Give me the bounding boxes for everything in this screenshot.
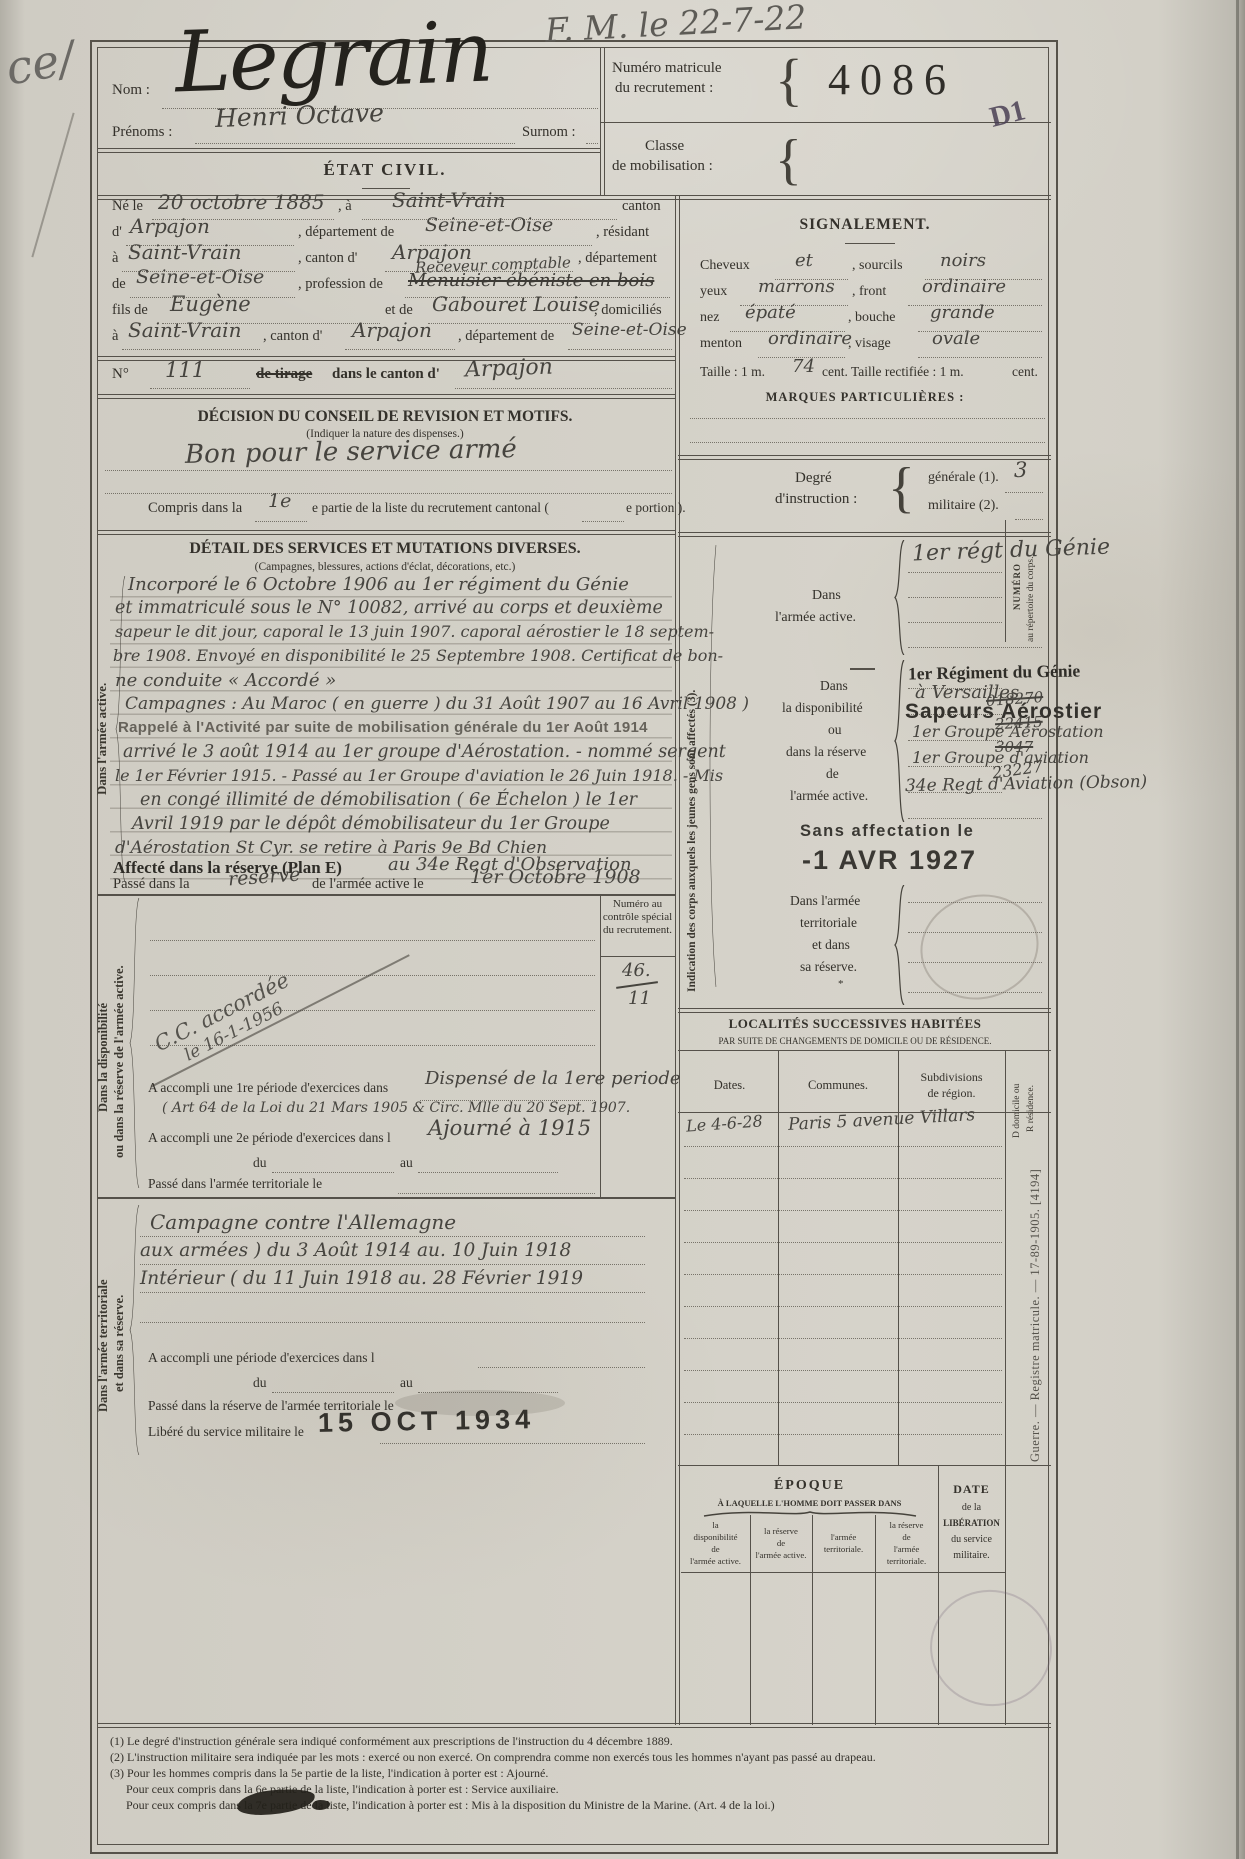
lieu-naissance: Saint-Vrain (392, 188, 505, 212)
dotted-line (908, 647, 1042, 648)
periode2-value: Ajourné à 1915 (428, 1116, 591, 1140)
dotted-line (150, 940, 595, 941)
date-col-header: LIBÉRATION (938, 1518, 1005, 1528)
service-line: en congé illimité de démobilisation ( 6e… (140, 790, 637, 810)
canton2-label: , canton d' (298, 250, 357, 267)
epoque-col4: la réserve (875, 1520, 938, 1530)
epoque-col2: la réserve (750, 1526, 812, 1536)
canton-tirage-value: Arpajon (465, 354, 554, 382)
nez-label: nez (700, 310, 719, 326)
bouche-label: , bouche (848, 310, 895, 326)
dotted-line (255, 521, 307, 522)
footer-note: (2) L'instruction militaire sera indiqué… (110, 1750, 876, 1765)
dotted-line (380, 1443, 645, 1444)
controle-header: Numéro au contrôle spécial du recrutemen… (602, 898, 673, 937)
epoque-col3: territoriale. (812, 1544, 875, 1554)
terr-label-line: * (838, 978, 844, 990)
nom-signature: Legrain (173, 3, 493, 112)
localites-title: LOCALITÉS SUCCESSIVES HABITÉES (690, 1016, 1020, 1032)
canton3-label: , canton d' (263, 328, 322, 345)
de3-label: de (112, 276, 126, 293)
dotted-line (140, 1264, 645, 1265)
taille-label: Taille : 1 m. (700, 364, 765, 380)
armee-active-label1: Dans (812, 588, 841, 604)
dotted-line (122, 349, 260, 350)
profession-label: , profession de (298, 276, 383, 293)
domicile-residence-label2: R résidence. (1026, 1085, 1036, 1132)
epoque-col4: l'armée (875, 1544, 938, 1554)
dotted-line (140, 1236, 645, 1237)
column-divider (675, 195, 680, 1725)
footer-note: Pour ceux compris dans la 7e partie de l… (126, 1798, 775, 1813)
dotted-line (345, 349, 455, 350)
service-line: sapeur le dit jour, caporal le 13 juin 1… (115, 622, 714, 641)
dotted-line (195, 143, 515, 144)
armee-active-label2: l'armée active. (775, 610, 856, 626)
footer-note: (3) Pour les hommes compris dans la 5e p… (110, 1766, 548, 1781)
dotted-line (684, 1146, 1002, 1147)
dotted-line (918, 357, 1042, 358)
dispo-label-line: Dans (820, 678, 848, 694)
service-line: Campagnes : Au Maroc ( en guerre ) du 31… (125, 694, 749, 714)
decision-title: DÉCISION DU CONSEIL DE REVISION ET MOTIF… (150, 408, 620, 426)
dotted-line (690, 418, 1045, 419)
service-line: arrivé le 3 août 1914 au 1er groupe d'Aé… (123, 742, 726, 762)
canton-tirage-label: dans le canton d' (332, 366, 440, 383)
epoque-col4: territoriale. (875, 1556, 938, 1566)
services-subtitle: (Campagnes, blessures, actions d'éclat, … (150, 561, 620, 573)
dispo-label-line: de (826, 766, 839, 782)
departement-label: , département de (298, 224, 394, 241)
regiment-observation-hw: 34e Regt d'Aviation (Obson) (905, 772, 1148, 796)
departement-naissance: Seine-et-Oise (425, 214, 553, 236)
controle-value1: 46. (622, 960, 651, 981)
dotted-line (684, 1434, 1002, 1435)
dotted-line (908, 622, 1002, 623)
yeux-value: marrons (758, 276, 835, 297)
degre-generale-value: 3 (1014, 458, 1027, 482)
residant-label: , résidant (596, 224, 649, 241)
col-subdiv-header2: de région. (898, 1086, 1005, 1101)
ne-le-label: Né le (112, 198, 143, 215)
dotted-line (586, 143, 598, 144)
dept2-label: , département (578, 250, 657, 267)
scan-edge (1236, 0, 1239, 1859)
margin-label-dispo-1: Dans la disponibilité (96, 1003, 111, 1112)
au-label: au (400, 1375, 413, 1391)
classe-label: Classe (645, 138, 684, 155)
dotted-line (105, 493, 672, 494)
dispo-label-line: ou (828, 722, 842, 738)
canton-naissance: Arpajon (130, 214, 210, 238)
dotted-line (272, 1172, 394, 1173)
periode1-label: A accompli une 1re période d'exercices d… (148, 1080, 388, 1096)
dotted-line (1015, 519, 1043, 520)
de-tirage-struck: de tirage (256, 366, 312, 383)
dispo-label-line: dans la réserve (786, 744, 866, 760)
degre-generale-label: générale (1). (928, 470, 999, 486)
front-label: , front (852, 284, 886, 300)
dotted-line (455, 388, 672, 389)
dotted-line (272, 1392, 394, 1393)
brace-glyph: { (775, 128, 802, 192)
table-rule (678, 1050, 1051, 1051)
menton-value: ordinaire (768, 328, 852, 349)
footer-note: Pour ceux compris dans la 6e partie de l… (126, 1782, 559, 1797)
dotted-line (684, 1306, 1002, 1307)
sourcils-label: , sourcils (852, 258, 903, 274)
section-rule (98, 894, 675, 896)
campagne-interieur: Intérieur ( du 11 Juin 1918 au. 28 Févri… (140, 1268, 583, 1289)
marques-label: MARQUES PARTICULIÈRES : (700, 390, 1030, 405)
epoque-col1: de (681, 1544, 750, 1554)
numero-tirage-value: 111 (165, 358, 205, 382)
brace-glyph: { (775, 46, 803, 113)
dash-mark (850, 668, 875, 670)
controle-rule (600, 956, 675, 957)
dotted-line (684, 1402, 1002, 1403)
sans-affectation-date-stamp: -1 AVR 1927 (802, 845, 977, 876)
periode1-value: Dispensé de la 1ere periode (425, 1068, 681, 1089)
brace-icon (893, 885, 907, 1005)
footer-rule (98, 1723, 1051, 1728)
degre-militaire-label: militaire (2). (928, 498, 999, 514)
residence-value: Saint-Vrain (128, 240, 241, 264)
dotted-line (568, 349, 672, 350)
service-line: Avril 1919 par le dépôt démobilisateur d… (132, 814, 610, 834)
front-value: ordinaire (922, 276, 1006, 297)
etat-civil-title: ÉTAT CIVIL. (200, 160, 570, 180)
controle-divider (600, 894, 601, 1197)
epoque-col2: de (750, 1538, 812, 1548)
libere-label: Libéré du service militaire le (148, 1424, 304, 1440)
epoque-col3: l'armée (812, 1532, 875, 1542)
campagne-aux-armees: aux armées ) du 3 Août 1914 au. 10 Juin … (140, 1240, 571, 1261)
brace-glyph: { (888, 456, 915, 520)
dotted-line (908, 818, 1042, 819)
epoque-col1: disponibilité (681, 1532, 750, 1542)
dotted-line (418, 1172, 558, 1173)
date-col-header: militaire. (938, 1550, 1005, 1561)
passe-reserve-label2: de l'armée active le (312, 876, 424, 893)
terr-label-line: Dans l'armée (790, 893, 860, 909)
epoque-subtitle: À LAQUELLE L'HOMME DOIT PASSER DANS (681, 1498, 938, 1508)
a3-label: à (112, 328, 118, 345)
degre-label2: d'instruction : (775, 491, 857, 508)
margin-label-dispo-2: ou dans la réserve de l'armée active. (112, 965, 127, 1158)
dotted-line (684, 1178, 1002, 1179)
terr-label-line: territoriale (800, 915, 857, 931)
domicile-residence-label1: D domicile ou (1012, 1084, 1022, 1138)
dotted-line (582, 521, 624, 522)
cheveux-label: Cheveux (700, 258, 750, 274)
title-rule (845, 243, 895, 244)
table-bottom-rule (678, 1465, 1051, 1466)
regiment-genie-stamp: 1er Régiment du Génie (908, 660, 1081, 684)
nez-value: épaté (745, 302, 796, 323)
sourcils-value: noirs (940, 250, 986, 271)
bracket-flourish-icon (700, 1508, 920, 1518)
epoque-col4: de (875, 1532, 938, 1542)
service-line: bre 1908. Envoyé en disponibilité le 25 … (113, 646, 723, 665)
printer-imprint: Guerre. — Registre matricule. — 17-89-19… (1028, 1169, 1043, 1462)
matricule-rule (600, 122, 1051, 123)
taille-rectifiee-label: cent. Taille rectifiée : 1 m. (822, 364, 964, 380)
brace-icon (893, 540, 907, 655)
cheveux-value: et (795, 250, 813, 271)
signalement-title: SIGNALEMENT. (700, 216, 1030, 234)
passe-reserve-date: 1er Octobre 1908 (470, 866, 641, 888)
prenoms-label: Prénoms : (112, 124, 172, 141)
periode-label: A accompli une période d'exercices dans … (148, 1350, 375, 1366)
matricule-label: Numéro matricule (612, 60, 722, 77)
mere-value: Gabouret Louise (432, 292, 600, 316)
fils-label: fils de (112, 302, 148, 319)
a-label: , à (338, 198, 352, 215)
header-rule (98, 148, 600, 153)
dotted-line (690, 442, 1045, 443)
taille-value: 74 (792, 356, 815, 377)
du-label: du (253, 1155, 267, 1171)
section-rule (678, 532, 1051, 537)
dotted-line (140, 1322, 645, 1323)
epoque-col2: l'armée active. (750, 1550, 812, 1560)
epoque-col1: l'armée active. (681, 1556, 750, 1566)
services-title: DÉTAIL DES SERVICES ET MUTATIONS DIVERSE… (150, 540, 620, 558)
et-de-label: et de (385, 302, 413, 319)
degre-label1: Degré (795, 470, 832, 487)
section-rule (678, 1008, 1051, 1013)
localites-subtitle: PAR SUITE DE CHANGEMENTS DE DOMICILE OU … (690, 1036, 1020, 1046)
numero-repertoire-label1: NUMÉRO (1012, 563, 1022, 610)
menton-label: menton (700, 336, 742, 352)
dotted-line (684, 1274, 1002, 1275)
classe-label2: de mobilisation : (612, 158, 713, 175)
dotted-line (908, 597, 1002, 598)
margin-corner-note: ce/ (2, 30, 79, 95)
domicile-parents: Saint-Vrain (128, 318, 241, 342)
numero-strip-divider (1005, 520, 1006, 642)
margin-label-terr-2: et dans sa réserve. (112, 1295, 127, 1392)
libere-date-stamp: 15 OCT 1934 (318, 1404, 536, 1439)
dotted-line (478, 1367, 645, 1368)
epoque-col1: la (681, 1520, 750, 1530)
numero-tirage-label: N° (112, 366, 129, 383)
visage-value: ovale (932, 328, 980, 349)
compris-value: 1e (268, 490, 291, 512)
d-label: d' (112, 224, 122, 241)
domicilies-label: , domiciliés (594, 302, 662, 319)
canton-parents: Arpajon (352, 318, 432, 342)
bouche-value: grande (930, 302, 995, 323)
compris-label3: e portion ). (626, 500, 686, 516)
dotted-line (428, 323, 590, 324)
pencil-stroke (31, 113, 74, 258)
section-rule (98, 1197, 675, 1199)
section-rule (678, 455, 1051, 460)
col-dates-header: Dates. (681, 1078, 778, 1093)
dotted-line (150, 975, 595, 976)
corps-vertical-label: Indication des corps auxquels les jeunes… (686, 690, 698, 992)
service-line: et immatriculé sous le N° 10082, arrivé … (115, 598, 663, 618)
section-rule (98, 530, 675, 535)
margin-label-armee-active: Dans l'armée active. (94, 683, 110, 795)
yeux-label: yeux (700, 284, 727, 300)
dotted-line (105, 470, 672, 471)
dotted-line (398, 1193, 595, 1194)
au-label: au (400, 1155, 413, 1171)
document-page: ce/ F. M. le 22-7-22 Nom : Legrain Préno… (0, 0, 1245, 1859)
campagne-allemagne: Campagne contre l'Allemagne (150, 1210, 456, 1234)
service-line: ne conduite « Accordé » (115, 670, 336, 691)
col-subdiv-header1: Subdivisions (898, 1070, 1005, 1085)
brace-icon (893, 660, 907, 822)
compris-label: Compris dans la (148, 500, 242, 517)
a2-label: à (112, 250, 118, 267)
arc-icon (706, 545, 718, 987)
margin-label-terr-1: Dans l'armée territoriale (96, 1279, 111, 1412)
col-communes-header: Communes. (778, 1078, 898, 1093)
departement-residence: Seine-et-Oise (136, 266, 264, 288)
dept3-label: , département de (458, 328, 554, 345)
service-line: le 1er Février 1915. - Passé au 1er Grou… (115, 766, 723, 785)
dispo-label-line: la disponibilité (782, 700, 863, 716)
sans-affectation-stamp: Sans affectation le (800, 822, 974, 841)
epoque-title: ÉPOQUE (681, 1478, 938, 1494)
dotted-line (908, 572, 1002, 573)
mobilisation-stamp: Rappelé à l'Activité par suite de mobili… (118, 719, 648, 736)
du-label: du (253, 1375, 267, 1391)
surnom-label: Surnom : (522, 124, 576, 141)
compris-label2: e partie de la liste du recrutement cant… (312, 500, 549, 516)
date-col-header: de la (938, 1502, 1005, 1513)
passe-territoriale-label: Passé dans l'armée territoriale le (148, 1176, 322, 1192)
prenoms-value: Henri Octave (215, 98, 385, 133)
ne-le-value: 20 octobre 1885 (158, 190, 325, 214)
dotted-line (1005, 492, 1043, 493)
dotted-line (684, 1242, 1002, 1243)
dotted-line (684, 1210, 1002, 1211)
dotted-line (684, 1370, 1002, 1371)
dotted-line (140, 1292, 645, 1293)
dept-parents: Seine-et-Oise (572, 320, 687, 340)
terr-label-line: et dans (812, 937, 850, 953)
periode1-note: ( Art 64 de la Loi du 21 Mars 1905 & Cir… (162, 1100, 630, 1116)
taille-cent-label: cent. (1012, 364, 1038, 380)
date-col-header: du service (938, 1534, 1005, 1545)
pere-value: Eugène (170, 292, 251, 316)
terr-label-line: sa réserve. (800, 959, 857, 975)
canton-suffix: canton (622, 198, 661, 215)
table-header-rule (681, 1572, 1005, 1573)
matricule-number: 4086 (828, 54, 956, 105)
visage-label: , visage (848, 336, 891, 352)
matricule-label2: du recrutement : (615, 80, 713, 97)
dotted-line (150, 388, 250, 389)
date-col-header: DATE (938, 1482, 1005, 1497)
periode2-label: A accompli une 2e période d'exercices da… (148, 1130, 391, 1146)
numero-repertoire-label2: au répertoire du corps. (1026, 557, 1036, 642)
decision-value: Bon pour le service armé (185, 434, 517, 470)
service-line: Incorporé le 6 Octobre 1906 au 1er régim… (128, 574, 629, 595)
footer-note: (1) Le degré d'instruction générale sera… (110, 1734, 673, 1749)
brace-icon (128, 898, 142, 1188)
dotted-line (684, 1338, 1002, 1339)
section-rule (98, 394, 675, 399)
dispo-label-line: l'armée active. (790, 788, 868, 804)
passe-reserve-label: Passé dans la (113, 876, 190, 893)
nom-label: Nom : (112, 82, 150, 99)
controle-value2: 11 (628, 988, 651, 1009)
